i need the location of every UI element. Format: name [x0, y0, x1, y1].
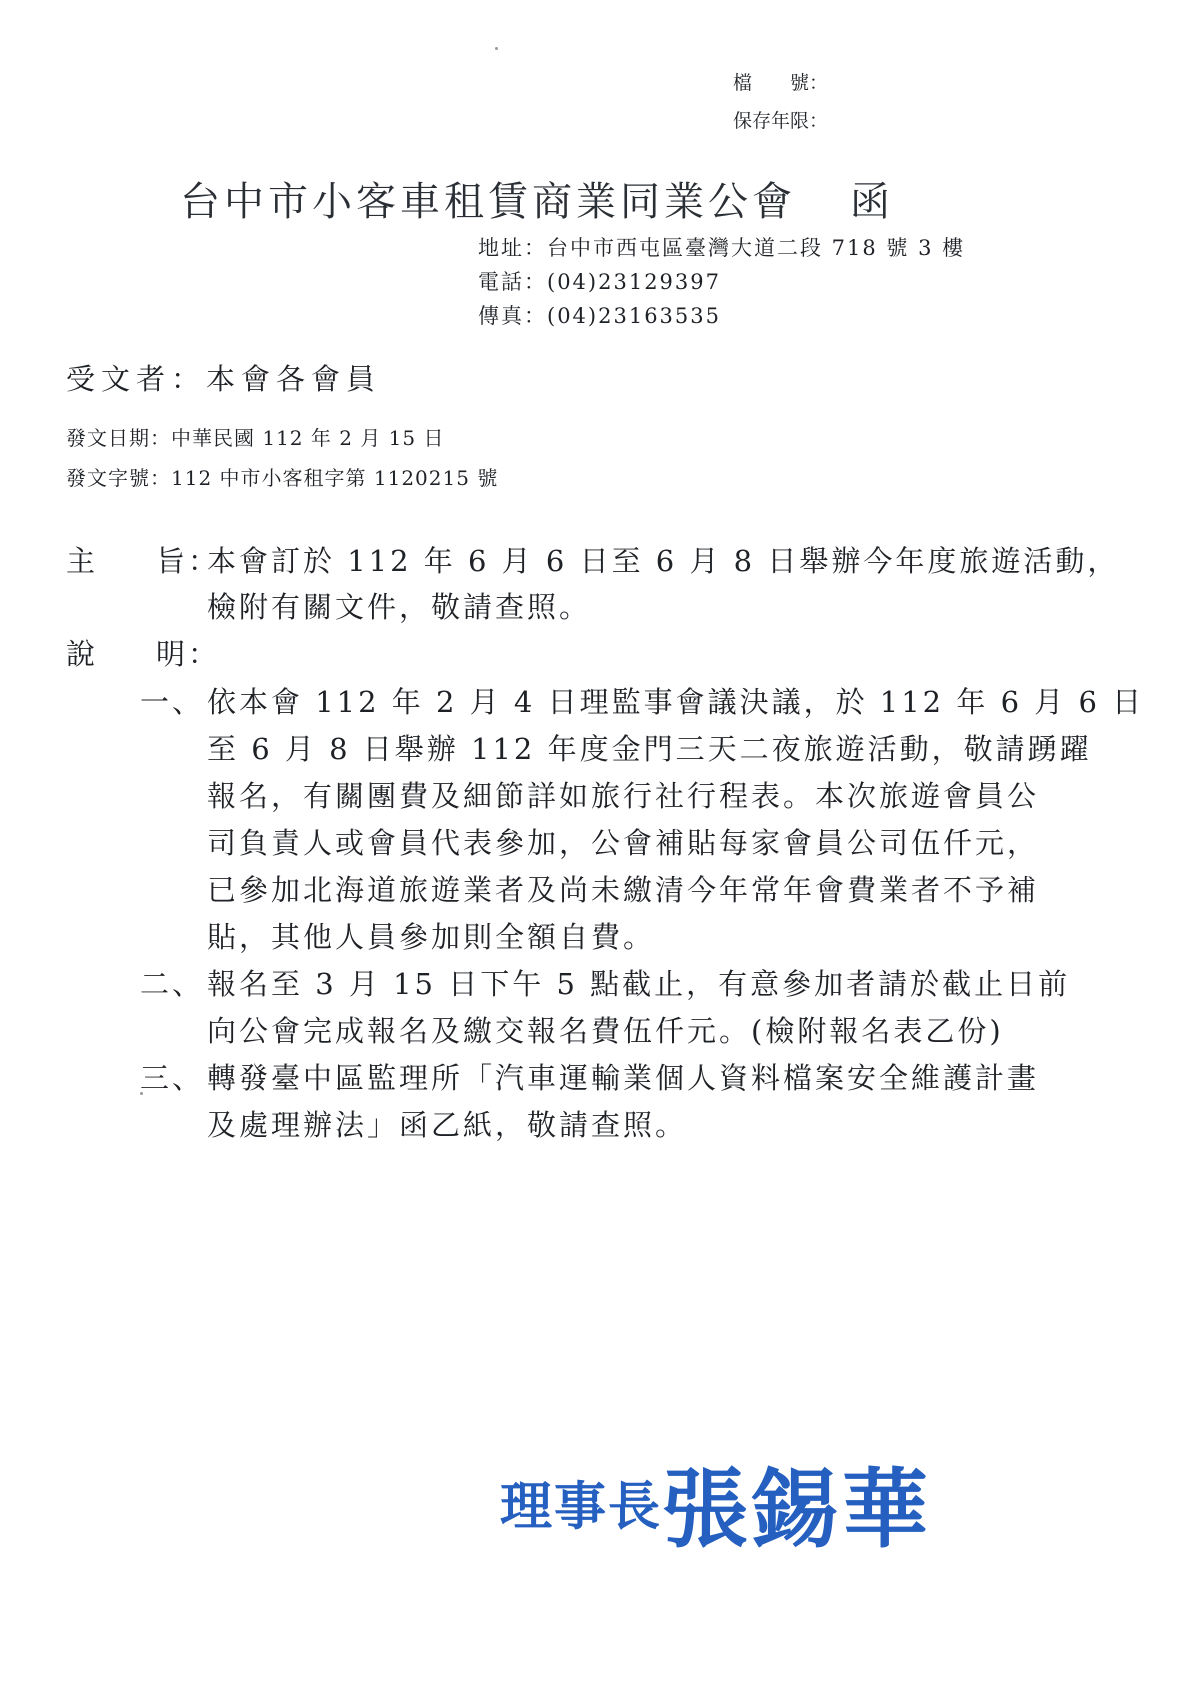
organization-name: 台中市小客車租賃商業同業公會: [180, 179, 796, 225]
phone: 電話：(04)23129397: [478, 266, 721, 296]
item-3-number: 三、: [140, 1056, 204, 1097]
signature-title: 理事長: [500, 1477, 662, 1538]
issue-date-value: 中華民國 112 年 2 月 15 日: [171, 426, 445, 450]
issue-number-line: 發文字號：112 中市小客租字第 1120215 號: [66, 462, 498, 491]
issue-number-value: 112 中市小客租字第 1120215 號: [171, 466, 498, 490]
document-title: 台中市小客車租賃商業同業公會函: [180, 170, 894, 227]
chairman-signature-stamp: 理事長張錫華: [500, 1440, 932, 1564]
item-2-number: 二、: [140, 962, 204, 1003]
signature-name: 張錫華: [662, 1459, 932, 1560]
item-1-line-5: 已參加北海道旅遊業者及尚未繳清今年常年會費業者不予補: [207, 868, 1039, 909]
recipient-value: 本會各會員: [206, 362, 381, 396]
subject-label-char-1: 主: [66, 544, 98, 578]
scan-speck: [140, 1092, 143, 1095]
explanation-label: 說明：: [66, 632, 220, 673]
document-type: 函: [850, 179, 894, 225]
item-1-line-6: 貼，其他人員參加則全額自費。: [207, 915, 655, 956]
fax: 傳真：(04)23163535: [478, 300, 721, 330]
scan-speck: [495, 47, 498, 50]
item-3-line-2: 及處理辦法」函乙紙，敬請查照。: [207, 1103, 687, 1144]
explanation-label-char-2: 明: [156, 637, 188, 671]
subject-line-2: 檢附有關文件，敬請查照。: [207, 585, 591, 626]
issue-date-label: 發文日期：: [66, 426, 171, 450]
retention-period-label: 保存年限：: [733, 106, 828, 133]
subject-line-1: 本會訂於 112 年 6 月 6 日至 6 月 8 日舉辦今年度旅遊活動，: [207, 539, 1119, 580]
recipient-label: 受文者：: [66, 362, 206, 396]
issue-date-line: 發文日期：中華民國 112 年 2 月 15 日: [66, 422, 445, 451]
recipient-line: 受文者：本會各會員: [66, 357, 381, 398]
subject-label-char-2: 旨: [156, 544, 188, 578]
item-1-line-2: 至 6 月 8 日舉辦 112 年度金門三天二夜旅遊活動，敬請踴躍: [207, 727, 1092, 768]
explanation-label-char-1: 說: [66, 637, 98, 671]
item-2-line-2: 向公會完成報名及繳交報名費伍仟元。(檢附報名表乙份): [207, 1009, 1004, 1050]
file-number-label: 檔 號：: [733, 68, 828, 95]
issue-number-label: 發文字號：: [66, 466, 171, 490]
item-1-line-4: 司負責人或會員代表參加，公會補貼每家會員公司伍仟元，: [207, 821, 1039, 862]
address: 地址：台中市西屯區臺灣大道二段 718 號 3 樓: [478, 232, 965, 262]
item-1-line-1: 依本會 112 年 2 月 4 日理監事會議決議，於 112 年 6 月 6 日: [207, 680, 1144, 721]
item-1-line-3: 報名，有關團費及細節詳如旅行社行程表。本次旅遊會員公: [207, 774, 1039, 815]
item-1-number: 一、: [140, 680, 204, 721]
explanation-colon: ：: [188, 637, 220, 671]
item-2-line-1: 報名至 3 月 15 日下午 5 點截止，有意參加者請於截止日前: [207, 962, 1070, 1003]
item-3-line-1: 轉發臺中區監理所「汽車運輸業個人資料檔案安全維護計畫: [207, 1056, 1039, 1097]
subject-label: 主旨：: [66, 539, 220, 580]
